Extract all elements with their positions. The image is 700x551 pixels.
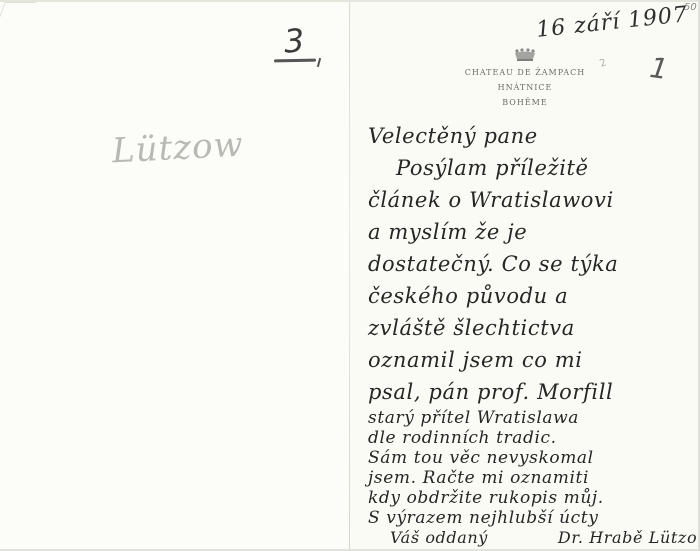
- letter-line: Velectěný pane: [368, 120, 698, 152]
- letter-closing: Váš oddanýDr. Hrabě Lützow: [368, 528, 698, 548]
- letter-line: Sám tou věc nevyskomal: [368, 448, 698, 468]
- letter-line: starý přítel Wratislawa: [368, 408, 698, 428]
- letterhead-line-town: HNÁTNICE: [460, 80, 590, 95]
- letter-line: českého původu a: [368, 280, 698, 312]
- archive-number: 50: [684, 2, 697, 13]
- letter-line: zvláště šlechtictva: [368, 312, 698, 344]
- letter-line: psal, pán prof. Morfill: [368, 376, 698, 408]
- letter-line: Posýlam příležitě: [368, 152, 698, 184]
- letterhead: CHATEAU DE ŽAMPACH HNÁTNICE BOHÊME: [460, 48, 590, 110]
- letter-line: dostatečný. Co se týka: [368, 248, 698, 280]
- letter-line: článek o Wratislawovi: [368, 184, 698, 216]
- left-page: 3 Lützow: [0, 0, 350, 551]
- pencil-annotation: Lützow: [111, 125, 245, 172]
- letter-line: a myslím že je: [368, 216, 698, 248]
- letterhead-line-region: BOHÊME: [460, 95, 590, 110]
- letter-scan: 3 Lützow 16 září 1907 50 2 1 CHATEAU DE …: [0, 0, 700, 551]
- corner-crease: [0, 2, 36, 17]
- letter-line: kdy obdržite rukopis můj.: [368, 488, 698, 508]
- crown-icon: [513, 48, 537, 62]
- folio-mark: [317, 58, 321, 67]
- paper-edge-top: [0, 0, 700, 2]
- letter-line: jsem. Račte mi oznamiti: [368, 468, 698, 488]
- letter-line: dle rodinních tradic.: [368, 428, 698, 448]
- folio-number: 3: [283, 21, 306, 60]
- closing-phrase: Váš oddaný: [390, 528, 488, 547]
- letter-line: S výrazem nejhlubší úcty: [368, 508, 698, 528]
- letterhead-line-chateau: CHATEAU DE ŽAMPACH: [460, 65, 590, 80]
- letter-line: oznamil jsem co mi: [368, 344, 698, 376]
- signature: Dr. Hrabě Lützow: [558, 528, 700, 548]
- letter-body: Velectěný pane Posýlam příležitě článek …: [368, 120, 698, 548]
- folio-underline: [274, 59, 316, 63]
